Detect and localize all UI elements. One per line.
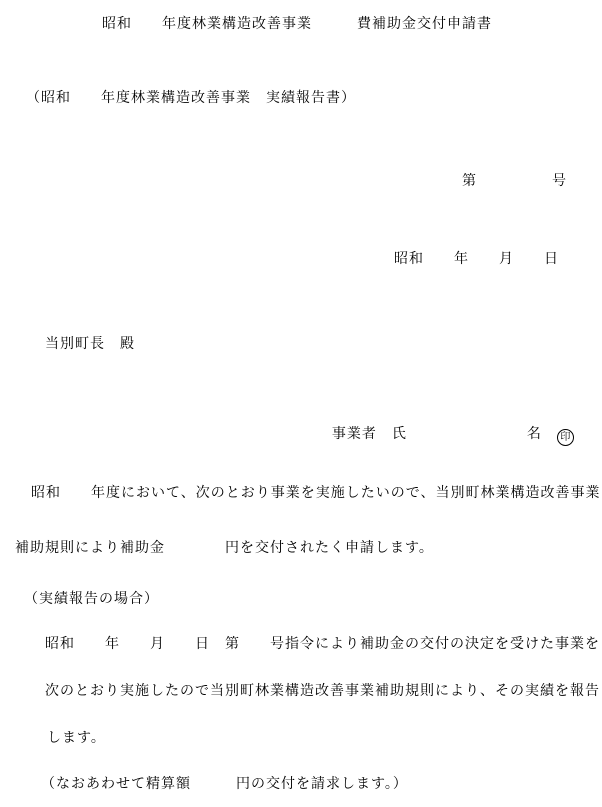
applicant-name-field: 事業者 氏 名 印 [321, 410, 574, 446]
addressee: 当別町長 殿 [45, 336, 135, 352]
subsidy-application-document: { "document": { "title_line": "昭和 年度林業構造… [0, 0, 602, 807]
application-body-line-1: 昭和 年度において、次のとおり事業を実施したいので、当別町林業構造改善事業 [31, 485, 600, 501]
document-number-field: 第 号 [462, 173, 567, 189]
date-field: 昭和 年 月 日 [394, 251, 559, 267]
report-case-label: （実績報告の場合） [24, 591, 159, 607]
applicant-name-label: 事業者 氏 名 [332, 426, 557, 442]
report-body-line-3: します。 [47, 730, 106, 746]
report-body-line-1: 昭和 年 月 日 第 号指令により補助金の交付の決定を受けた事業を [45, 636, 600, 652]
report-body-line-2: 次のとおり実施したので当別町林業構造改善事業補助規則により、その実績を報告 [45, 683, 600, 699]
settlement-request-line: （なおあわせて精算額 円の交付を請求します。） [41, 776, 408, 792]
seal-icon: 印 [557, 429, 574, 446]
report-title-alternate: （昭和 年度林業構造改善事業 実績報告書） [26, 90, 356, 106]
application-title: 昭和 年度林業構造改善事業 費補助金交付申請書 [102, 16, 492, 32]
application-body-line-2: 補助規則により補助金 円を交付されたく申請します。 [15, 540, 434, 556]
